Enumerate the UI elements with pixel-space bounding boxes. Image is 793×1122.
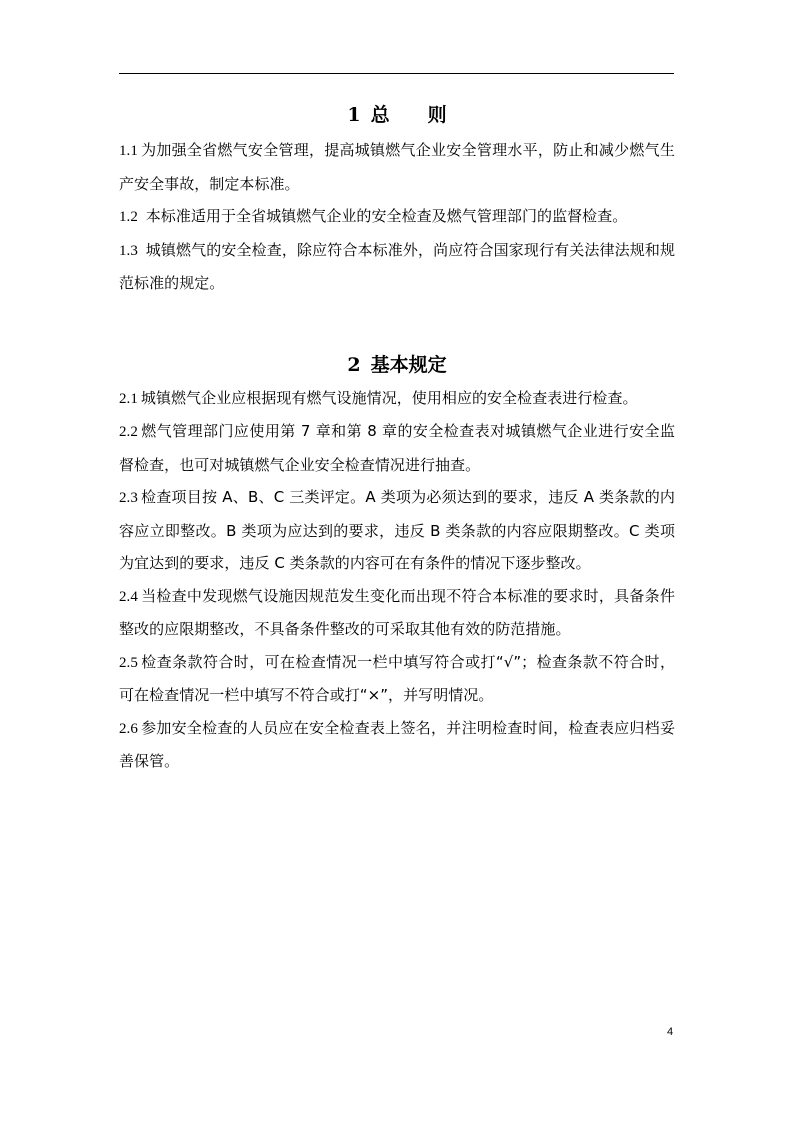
section-title-basic-rules: 2基本规定 <box>119 350 675 380</box>
clause-text: 燃气管理部门应使用第 7 章和第 8 章的安全检查表对城镇燃气企业进行安全监督检… <box>119 422 675 474</box>
clause-text: 参加安全检查的人员应在安全检查表上签名，并注明检查时间，检查表应归档妥善保管。 <box>119 719 675 771</box>
clause-1-1: 1.1为加强全省燃气安全管理，提高城镇燃气企业安全管理水平，防止和减少燃气生产安… <box>119 134 675 200</box>
clause-text: 城镇燃气企业应根据现有燃气设施情况，使用相应的安全检查表进行检查。 <box>141 389 638 407</box>
section-number: 1 <box>347 104 360 126</box>
clause-2-5: 2.5检查条款符合时，可在检查情况一栏中填写符合或打“√”；检查条款不符合时，可… <box>119 646 675 712</box>
section-title-text: 总 则 <box>371 104 447 126</box>
clause-2-4: 2.4当检查中发现燃气设施因规范发生变化而出现不符合本标准的要求时，具备条件整改… <box>119 580 675 646</box>
clause-number: 2.4 <box>119 589 138 605</box>
clause-2-2: 2.2燃气管理部门应使用第 7 章和第 8 章的安全检查表对城镇燃气企业进行安全… <box>119 415 675 481</box>
header-rule <box>119 73 674 74</box>
clause-number: 2.1 <box>119 391 138 407</box>
clause-text: 为加强全省燃气安全管理，提高城镇燃气企业安全管理水平，防止和减少燃气生产安全事故… <box>119 141 675 193</box>
clause-number: 2.3 <box>119 490 138 506</box>
section-title-general: 1总 则 <box>119 100 675 130</box>
clause-text: 检查项目按 A、B、C 三类评定。A 类项为必须达到的要求，违反 A 类条款的内… <box>119 488 675 572</box>
clause-1-3: 1.3 城镇燃气的安全检查，除应符合本标准外，尚应符合国家现行有关法律法规和规范… <box>119 234 675 300</box>
section-spacer <box>119 300 675 350</box>
clause-number: 2.2 <box>119 424 138 440</box>
page-number: 4 <box>667 1026 673 1038</box>
clause-number: 2.5 <box>119 655 138 671</box>
clause-text: 当检查中发现燃气设施因规范发生变化而出现不符合本标准的要求时，具备条件整改的应限… <box>119 587 675 639</box>
section-title-text: 基本规定 <box>371 354 447 376</box>
section-number: 2 <box>347 354 360 376</box>
clause-number: 1.2 <box>119 209 138 225</box>
clause-2-1: 2.1城镇燃气企业应根据现有燃气设施情况，使用相应的安全检查表进行检查。 <box>119 382 675 416</box>
clause-text: 本标准适用于全省城镇燃气企业的安全检查及燃气管理部门的监督检查。 <box>141 207 627 225</box>
clause-text: 检查条款符合时，可在检查情况一栏中填写符合或打“√”；检查条款不符合时，可在检查… <box>119 653 675 705</box>
clause-2-3: 2.3检查项目按 A、B、C 三类评定。A 类项为必须达到的要求，违反 A 类条… <box>119 481 675 580</box>
clause-2-6: 2.6参加安全检查的人员应在安全检查表上签名，并注明检查时间，检查表应归档妥善保… <box>119 712 675 778</box>
clause-number: 1.3 <box>119 243 138 259</box>
clause-number: 1.1 <box>119 143 138 159</box>
document-body: 1总 则 1.1为加强全省燃气安全管理，提高城镇燃气企业安全管理水平，防止和减少… <box>119 100 675 778</box>
clause-number: 2.6 <box>119 721 138 737</box>
clause-text: 城镇燃气的安全检查，除应符合本标准外，尚应符合国家现行有关法律法规和规范标准的规… <box>119 241 675 293</box>
clause-1-2: 1.2 本标准适用于全省城镇燃气企业的安全检查及燃气管理部门的监督检查。 <box>119 200 675 234</box>
